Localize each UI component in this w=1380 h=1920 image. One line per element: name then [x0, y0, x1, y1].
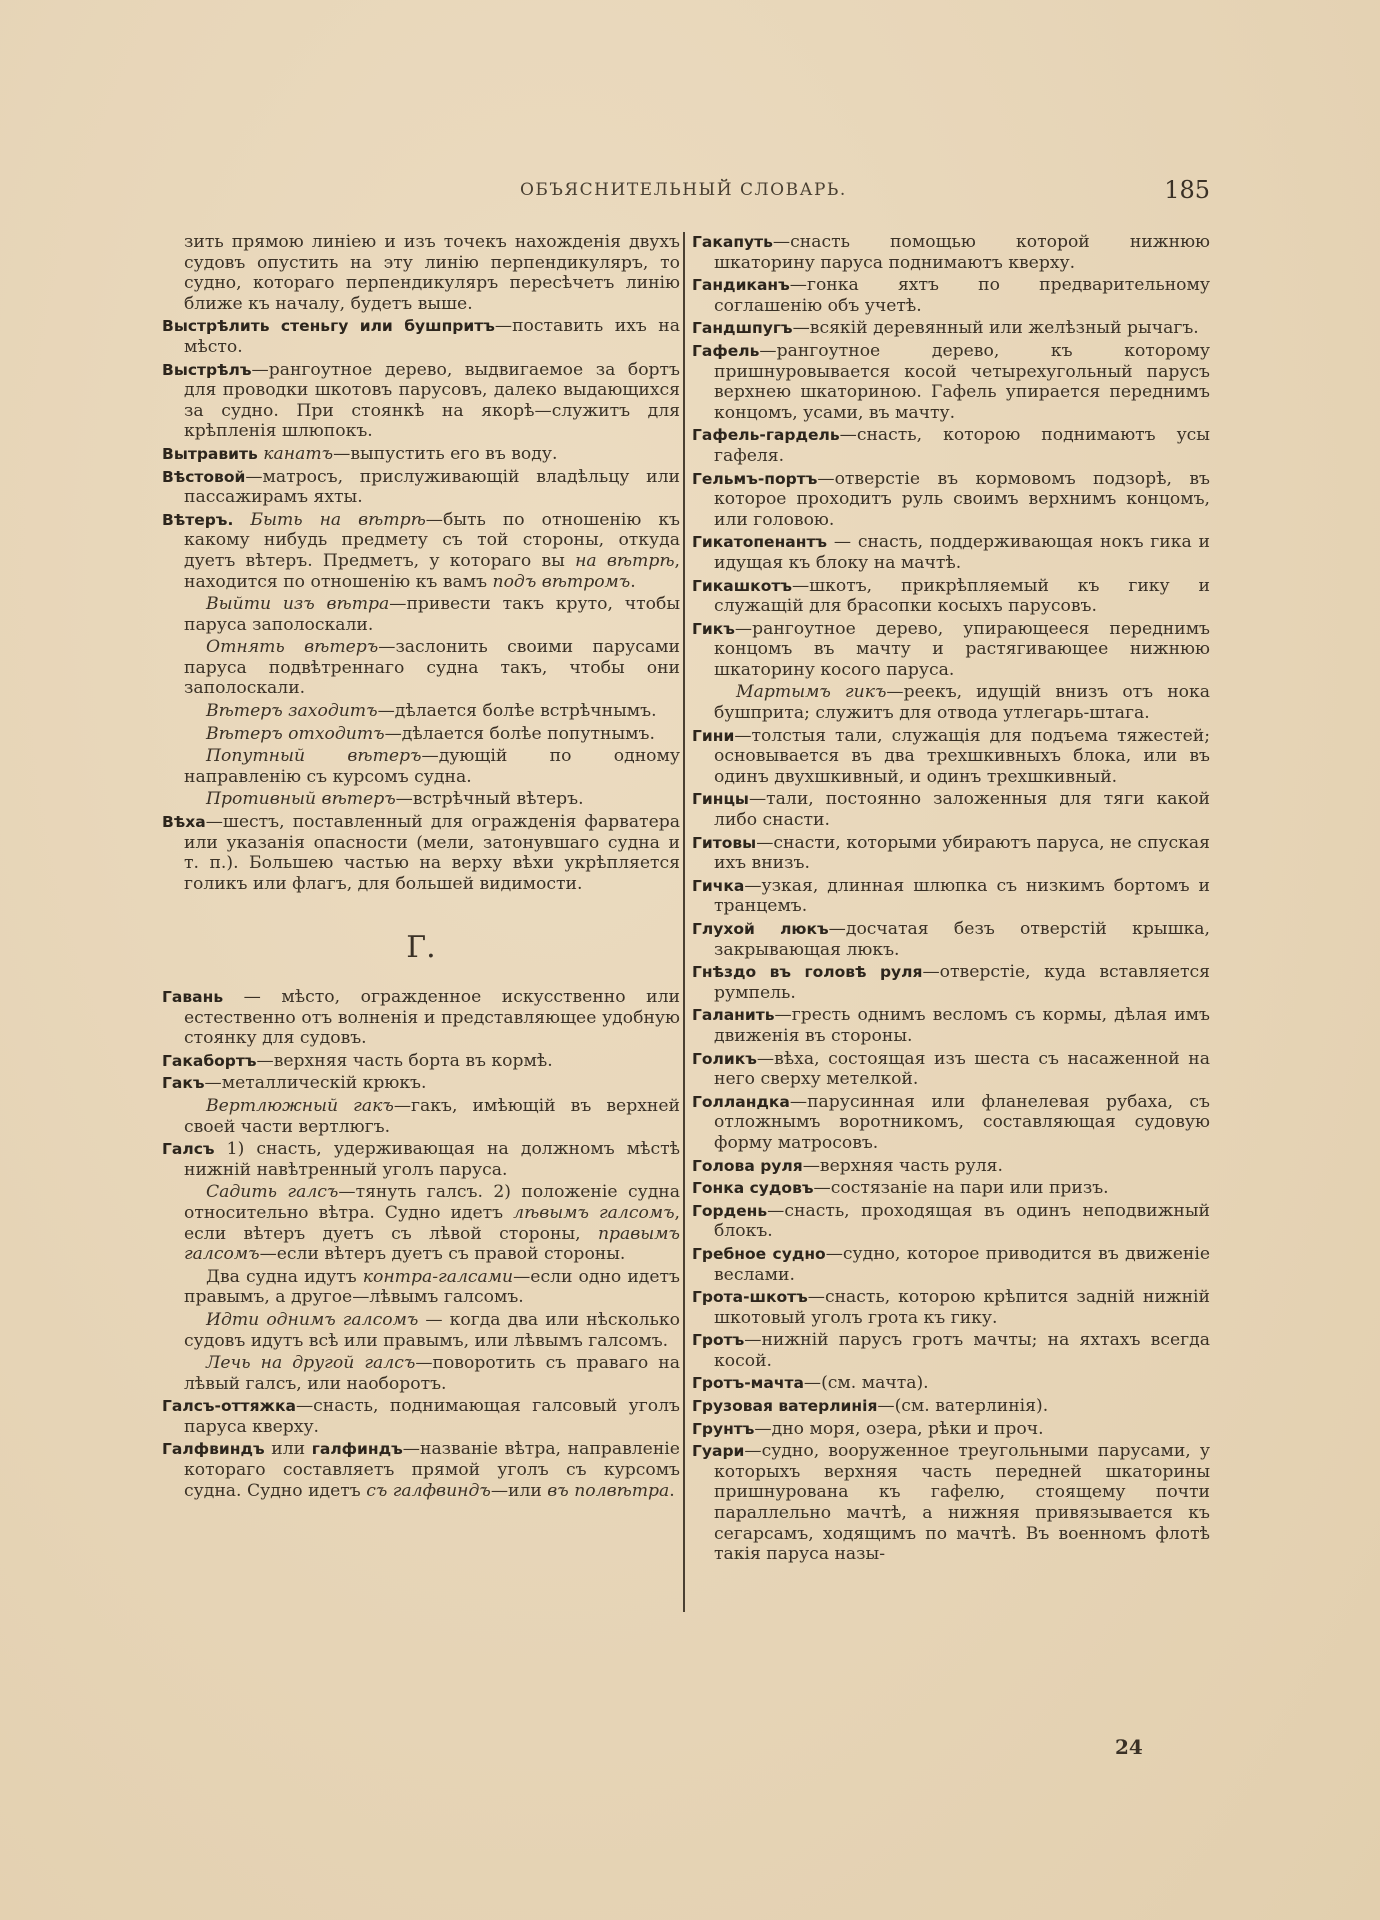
definition: — мѣсто, огражденное искусственно или ес…	[184, 987, 680, 1048]
running-title: ОБЪЯСНИТЕЛЬНЫЙ СЛОВАРЬ.	[520, 180, 847, 200]
right-column: Гакапуть—снасть помощью которой нижнюю ш…	[692, 232, 1210, 1567]
dictionary-entry: Гакъ—металлическiй крюкъ.	[162, 1073, 680, 1094]
definition: —тали, постоянно заложенныя для тяги как…	[714, 789, 1210, 830]
running-header: ОБЪЯСНИТЕЛЬНЫЙ СЛОВАРЬ. 185	[160, 176, 1210, 206]
subterm: Вѣтеръ заходитъ	[206, 701, 378, 721]
headword: Галанить	[692, 1006, 775, 1024]
headword: Гикатопенантъ	[692, 533, 827, 551]
subterm: Лечь на другой галсъ	[206, 1353, 415, 1373]
entries-group: Гини—толстыя тали, служащiя для подъема …	[692, 726, 1210, 1565]
definition: —дѣлается болѣе попутнымъ.	[385, 724, 655, 744]
headword: Гордень	[692, 1202, 767, 1220]
dictionary-entry: Гикатопенантъ — снасть, поддерживающая н…	[692, 532, 1210, 573]
headword: Галсъ	[162, 1140, 215, 1158]
dictionary-entry: Гитовы—снасти, которыми убираютъ паруса,…	[692, 833, 1210, 874]
headword: Гротъ	[692, 1331, 744, 1349]
definition: —судно, вооруженное треугольными парусам…	[714, 1441, 1210, 1564]
lead-text: Два судна идутъ	[206, 1267, 363, 1287]
headword: Грунтъ	[692, 1420, 754, 1438]
connector: или	[265, 1439, 312, 1459]
dictionary-entry: Грота-шкотъ—снасть, которою крѣпится зад…	[692, 1287, 1210, 1328]
headword: Гротъ-мачта	[692, 1374, 804, 1392]
headword: Галфвиндъ	[162, 1440, 265, 1458]
dictionary-entry: Гафель-гардель—снасть, которою поднимают…	[692, 425, 1210, 466]
headword: Выстрѣлить стеньгу или бушпритъ	[162, 317, 495, 335]
definition: —снасть, проходящая въ одинъ неподвижный…	[714, 1201, 1210, 1242]
section-letter: Г.	[162, 938, 680, 959]
definition: —состязанiе на пари или призъ.	[814, 1178, 1109, 1198]
headword: Глухой люкъ	[692, 920, 829, 938]
entries-group: Гакапуть—снасть помощью которой нижнюю ш…	[692, 232, 1210, 680]
entries-group: Выстрѣлить стеньгу или бушпритъ—поставит…	[162, 316, 680, 592]
dictionary-entry: Глухой люкъ—досчатая безъ отверстiй крыш…	[692, 919, 1210, 960]
headword: Гакабортъ	[162, 1052, 257, 1070]
subterm: Мартымъ гикъ	[736, 682, 886, 702]
subterm: Вертлюжный гакъ	[206, 1096, 394, 1116]
dictionary-entry: Гафель—рангоутное дерево, къ которому пр…	[692, 341, 1210, 423]
headword: Грота-шкотъ	[692, 1288, 808, 1306]
dictionary-entry: Гельмъ-портъ—отверстiе въ кормовомъ подз…	[692, 469, 1210, 531]
definition: —(см. ватерлинiя).	[877, 1396, 1048, 1416]
dictionary-entry: Гребное судно—судно, которое приводится …	[692, 1244, 1210, 1285]
headword: Гини	[692, 727, 734, 745]
subterm: Попутный вѣтеръ	[206, 746, 422, 766]
italic-term: канатъ	[258, 444, 333, 464]
subterm: Выйти изъ вѣтра	[206, 594, 389, 614]
dictionary-entry: Галфвиндъ или галфиндъ—названiе вѣтра, н…	[162, 1439, 680, 1501]
dictionary-entry: Голикъ—вѣха, состоящая изъ шеста съ наса…	[692, 1049, 1210, 1090]
dictionary-entry: Галсъ 1) снасть, удерживающая на должном…	[162, 1139, 680, 1180]
subentries-group: Садить галсъ—тянуть галсъ. 2) положенiе …	[162, 1182, 680, 1394]
subterm: Противный вѣтеръ	[206, 789, 396, 809]
definition: —дѣлается болѣе встрѣчнымъ.	[378, 701, 657, 721]
headword: Вытравить	[162, 445, 258, 463]
headword: Голова руля	[692, 1157, 803, 1175]
definition: —матросъ, прислуживающiй владѣльцу или п…	[184, 467, 680, 508]
headword: Вѣтеръ.	[162, 511, 233, 529]
definition: —выпустить его въ воду.	[333, 444, 557, 464]
headword: Гикъ	[692, 620, 735, 638]
headword: Гребное судно	[692, 1245, 826, 1263]
headword: Грузовая ватерлинiя	[692, 1397, 877, 1415]
entries-group: Гавань — мѣсто, огражденное искусственно…	[162, 987, 680, 1094]
dictionary-entry: Гакабортъ—верхняя часть борта въ кормѣ.	[162, 1051, 680, 1072]
headword-variant: галфиндъ	[312, 1440, 403, 1458]
definition: —гресть однимъ весломъ съ кормы, дѣлая и…	[714, 1005, 1210, 1046]
headword: Гандиканъ	[692, 276, 790, 294]
dictionary-entry: Грузовая ватерлинiя—(см. ватерлинiя).	[692, 1396, 1210, 1417]
definition: —(см. мачта).	[804, 1373, 929, 1393]
definition: —узкая, длинная шлюпка съ низкимъ бортом…	[714, 876, 1210, 917]
headword: Гуари	[692, 1442, 744, 1460]
dictionary-subentry: Лечь на другой галсъ—поворотить съ права…	[162, 1353, 680, 1394]
definition: —рангоутное дерево, упирающееся передним…	[714, 619, 1210, 680]
headword: Гонка судовъ	[692, 1179, 814, 1197]
dictionary-subentry: Попутный вѣтеръ—дующiй по одному направл…	[162, 746, 680, 787]
subterm: Отнять вѣтеръ	[206, 637, 378, 657]
dictionary-subentry: Садить галсъ—тянуть галсъ. 2) положенiе …	[162, 1182, 680, 1264]
dictionary-entry: Вѣха—шестъ, поставленный для огражденiя …	[162, 812, 680, 894]
subterm: Вѣтеръ отходитъ	[206, 724, 385, 744]
continuation-text: зить прямою линiею и изъ точекъ нахожден…	[162, 232, 680, 314]
italic-term: въ полвѣтра	[547, 1481, 669, 1501]
italic-term: съ галфвиндъ	[366, 1481, 491, 1501]
dictionary-entry: Выстрѣлить стеньгу или бушпритъ—поставит…	[162, 316, 680, 357]
italic-term: подъ вѣтромъ	[493, 572, 631, 592]
page-number: 185	[1164, 176, 1210, 204]
dictionary-entry: Гротъ—нижнiй парусъ гротъ мачты; на яхта…	[692, 1330, 1210, 1371]
headword: Гнѣздо въ головѣ руля	[692, 963, 922, 981]
dictionary-entry: Гикашкотъ—шкотъ, прикрѣпляемый къ гику и…	[692, 576, 1210, 617]
headword: Гафель	[692, 342, 759, 360]
dictionary-entry: Вѣстовой—матросъ, прислуживающiй владѣль…	[162, 467, 680, 508]
definition: —если вѣтеръ дуетъ съ правой стороны.	[260, 1244, 626, 1264]
definition: —верхняя часть борта въ кормѣ.	[257, 1051, 553, 1071]
subterm: Садить галсъ	[206, 1182, 338, 1202]
headword: Гафель-гардель	[692, 426, 840, 444]
subentries-group: Выйти изъ вѣтра—привести такъ круто, что…	[162, 594, 680, 810]
dictionary-entry: Галсъ-оттяжка—снасть, поднимающая галсов…	[162, 1396, 680, 1437]
definition: —нижнiй парусъ гротъ мачты; на яхтахъ вс…	[714, 1330, 1210, 1371]
left-column: зить прямою линiею и изъ точекъ нахожден…	[162, 232, 680, 1503]
headword: Гикашкотъ	[692, 577, 792, 595]
headword: Гавань	[162, 988, 223, 1006]
dictionary-subentry: Идти однимъ галсомъ — когда два или нѣск…	[162, 1310, 680, 1351]
italic-term: на вѣтрѣ	[575, 551, 674, 571]
italic-term: лѣвымъ галсомъ	[513, 1203, 674, 1223]
dictionary-subentry: Мартымъ гикъ—реекъ, идущiй внизъ отъ нок…	[692, 682, 1210, 723]
dictionary-entry: Гини—толстыя тали, служащiя для подъема …	[692, 726, 1210, 788]
dictionary-entry: Гуари—судно, вооруженное треугольными па…	[692, 1441, 1210, 1565]
subterm: Идти однимъ галсомъ	[206, 1310, 418, 1330]
definition: —верхняя часть руля.	[803, 1156, 1003, 1176]
headword: Гакапуть	[692, 233, 773, 251]
dictionary-subentry: Выйти изъ вѣтра—привести такъ круто, что…	[162, 594, 680, 635]
dictionary-entry: Вытравить канатъ—выпустить его въ воду.	[162, 444, 680, 465]
italic-term: Быть на вѣтрѣ	[233, 510, 425, 530]
definition: —снасти, которыми убираютъ паруса, не сп…	[714, 833, 1210, 874]
headword: Гичка	[692, 877, 744, 895]
dictionary-entry: Галанить—гресть однимъ весломъ съ кормы,…	[692, 1005, 1210, 1046]
dictionary-subentry: Два судна идутъ контра-галсами—если одно…	[162, 1267, 680, 1308]
headword: Вѣха	[162, 813, 206, 831]
definition: —шестъ, поставленный для огражденiя фарв…	[184, 812, 680, 894]
definition: —рангоутное дерево, выдвигаемое за бортъ…	[184, 360, 680, 442]
dictionary-subentry: Вѣтеръ заходитъ—дѣлается болѣе встрѣчным…	[162, 701, 680, 722]
headword: Гакъ	[162, 1074, 205, 1092]
headword: Гандшпугъ	[692, 319, 793, 337]
headword: Голикъ	[692, 1050, 757, 1068]
dictionary-entry: Грунтъ—дно моря, озера, рѣки и проч.	[692, 1419, 1210, 1440]
definition: —рангоутное дерево, къ которому пришнуро…	[714, 341, 1210, 423]
definition: —встрѣчный вѣтеръ.	[396, 789, 584, 809]
dictionary-entry: Гандиканъ—гонка яхтъ по предварительному…	[692, 275, 1210, 316]
definition: .	[630, 572, 635, 592]
headword: Вѣстовой	[162, 468, 245, 486]
dictionary-entry: Гичка—узкая, длинная шлюпка съ низкимъ б…	[692, 876, 1210, 917]
definition: —толстыя тали, служащiя для подъема тяже…	[714, 726, 1210, 787]
dictionary-entry: Вѣтеръ. Быть на вѣтрѣ—быть по отношенiю …	[162, 510, 680, 592]
dictionary-entry: Гротъ-мачта—(см. мачта).	[692, 1373, 1210, 1394]
definition: —или	[491, 1481, 547, 1501]
dictionary-entry: Гордень—снасть, проходящая въ одинъ непо…	[692, 1201, 1210, 1242]
dictionary-entry: Гакапуть—снасть помощью которой нижнюю ш…	[692, 232, 1210, 273]
dictionary-entry: Гавань — мѣсто, огражденное искусственно…	[162, 987, 680, 1049]
definition: —металлическiй крюкъ.	[205, 1073, 427, 1093]
dictionary-entry: Гнѣздо въ головѣ руля—отверстiе, куда вс…	[692, 962, 1210, 1003]
headword: Гельмъ-портъ	[692, 470, 817, 488]
definition: 1) снасть, удерживающая на должномъ мѣст…	[184, 1139, 680, 1180]
subterm: контра-галсами	[363, 1267, 513, 1287]
definition: —вѣха, состоящая изъ шеста съ насаженной…	[714, 1049, 1210, 1090]
dictionary-subentry: Отнять вѣтеръ—заслонить своими парусами …	[162, 637, 680, 699]
column-divider	[683, 232, 685, 1612]
headword: Гинцы	[692, 790, 749, 808]
definition: .	[669, 1481, 674, 1501]
dictionary-subentry: Вѣтеръ отходитъ—дѣлается болѣе попутнымъ…	[162, 724, 680, 745]
headword: Галсъ-оттяжка	[162, 1397, 296, 1415]
dictionary-subentry: Вертлюжный гакъ—гакъ, имѣющiй въ верхней…	[162, 1096, 680, 1137]
headword: Гитовы	[692, 834, 756, 852]
definition: —снасть помощью которой нижнюю шкаторину…	[714, 232, 1210, 273]
dictionary-subentry: Противный вѣтеръ—встрѣчный вѣтеръ.	[162, 789, 680, 810]
entries-group: Галсъ-оттяжка—снасть, поднимающая галсов…	[162, 1396, 680, 1437]
dictionary-entry: Гинцы—тали, постоянно заложенныя для тяг…	[692, 789, 1210, 830]
dictionary-entry: Гонка судовъ—состязанiе на пари или приз…	[692, 1178, 1210, 1199]
headword: Выстрѣлъ	[162, 361, 252, 379]
dictionary-entry: Гикъ—рангоутное дерево, упирающееся пере…	[692, 619, 1210, 681]
definition: —всякiй деревянный или желѣзный рычагъ.	[793, 318, 1199, 338]
definition: —дно моря, озера, рѣки и проч.	[754, 1419, 1043, 1439]
dictionary-entry: Голландка—парусинная или фланелевая руба…	[692, 1092, 1210, 1154]
headword: Голландка	[692, 1093, 790, 1111]
dictionary-entry: Голова руля—верхняя часть руля.	[692, 1156, 1210, 1177]
printer-signature: 24	[1115, 1735, 1143, 1759]
dictionary-entry: Выстрѣлъ—рангоутное дерево, выдвигаемое …	[162, 360, 680, 442]
dictionary-entry: Гандшпугъ—всякiй деревянный или желѣзный…	[692, 318, 1210, 339]
